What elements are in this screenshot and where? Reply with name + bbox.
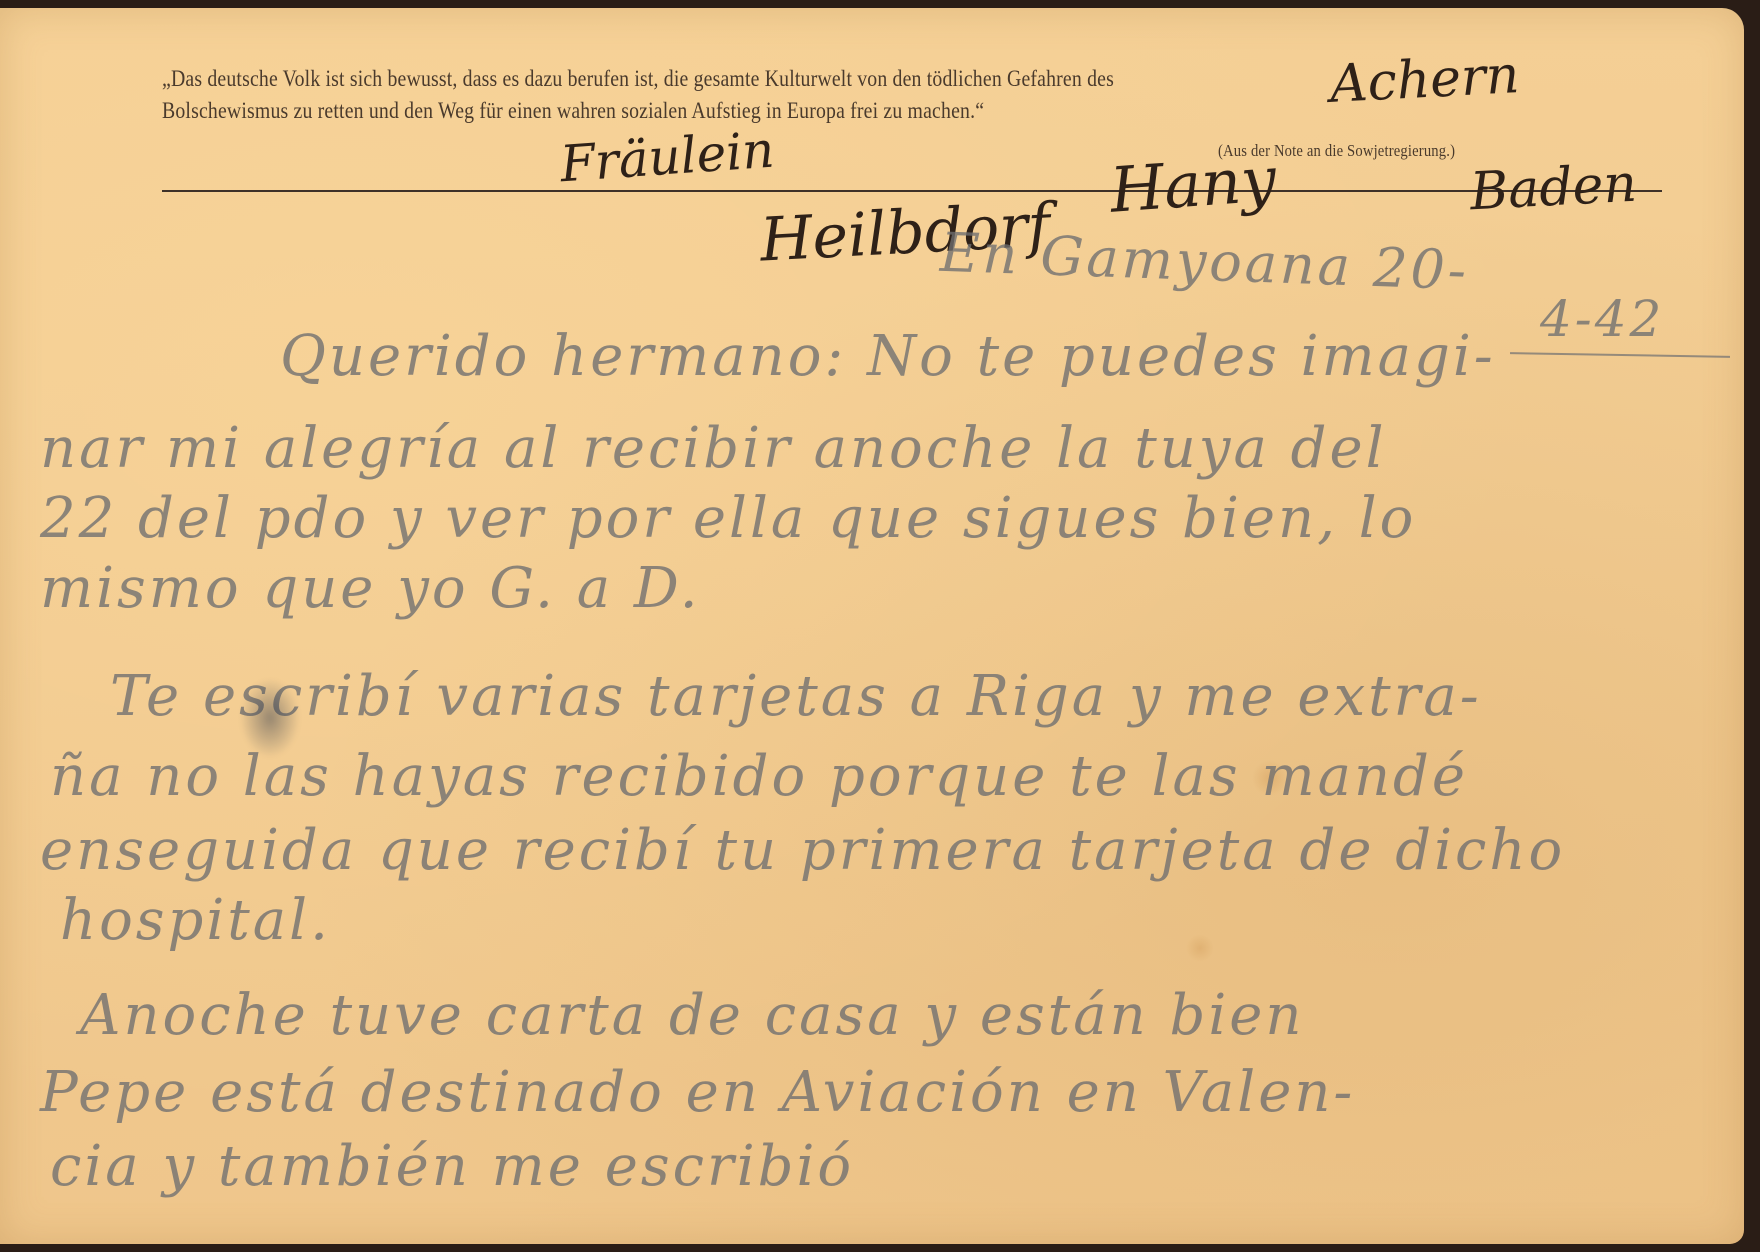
ink-word-hany: Hany <box>1108 142 1279 226</box>
ink-word-fraulein: Fräulein <box>558 121 776 194</box>
letter-line-5: Te escribí varias tarjetas a Riga y me e… <box>110 664 1482 729</box>
quote-line-1: „Das deutsche Volk ist sich bewusst, das… <box>162 63 1452 95</box>
address-rule <box>162 190 1662 192</box>
scan-frame: „Das deutsche Volk ist sich bewusst, das… <box>0 0 1760 1252</box>
ink-smudge <box>240 678 300 758</box>
ink-word-baden: Baden <box>1469 154 1639 223</box>
letter-line-4: mismo que yo G. a D. <box>40 556 701 621</box>
letter-line-8: hospital. <box>60 888 331 953</box>
letter-line-9: Anoche tuve carta de casa y están bien <box>80 983 1304 1048</box>
letter-line-7: enseguida que recibí tu primera tarjeta … <box>40 818 1565 883</box>
letter-line-3: 22 del pdo y ver por ella que sigues bie… <box>40 486 1416 551</box>
letter-line-11: cia y también me escribió <box>50 1134 854 1199</box>
printed-quote: „Das deutsche Volk ist sich bewusst, das… <box>162 63 1452 127</box>
quote-line-2: Bolschewismus zu retten und den Weg für … <box>162 95 1452 127</box>
letter-line-2: nar mi alegría al recibir anoche la tuya… <box>40 416 1387 481</box>
postcard: „Das deutsche Volk ist sich bewusst, das… <box>0 8 1744 1244</box>
letter-date: 4-42 <box>1540 290 1664 348</box>
letter-line-1: Querido hermano: No te puedes imagi- <box>280 324 1496 389</box>
letter-line-10: Pepe está destinado en Aviación en Valen… <box>40 1060 1355 1125</box>
date-underline <box>1510 352 1730 358</box>
ink-word-achern: Achern <box>1329 45 1521 115</box>
letter-place-date: En Gamyoana 20- <box>939 221 1470 302</box>
